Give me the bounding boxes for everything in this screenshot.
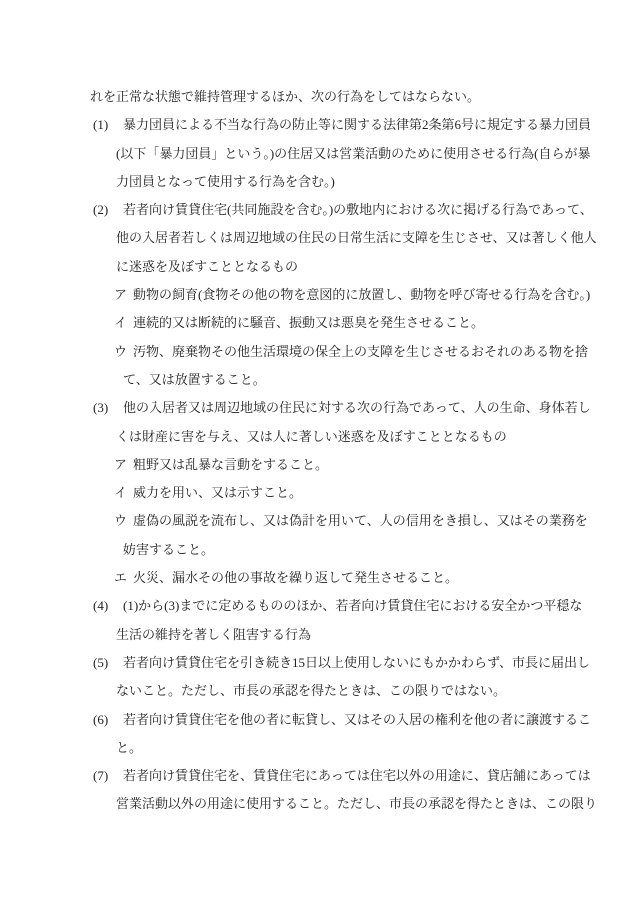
item-marker: イ: [114, 479, 133, 507]
text-line: ウ汚物、廃棄物その他生活環境の保全上の支障を生じさせるおそれのある物を捨: [0, 338, 630, 366]
text-line: ア動物の飼育(食物その他の物を意図的に放置し、動物を呼び寄せる行為を含む。): [0, 281, 630, 309]
text-line: (5)若者向け賃貸住宅を引き続き15日以上使用しないにもかかわらず、市長に届出し: [0, 649, 630, 677]
text-line: 生活の維持を著しく阻害する行為: [0, 621, 630, 649]
text-line: (以下「暴力団員」という。)の住居又は営業活動のために使用させる行為(自らが暴: [0, 140, 630, 168]
text-line: 妨害すること。: [0, 536, 630, 564]
line-text: 若者向け賃貸住宅を他の者に転貸し、又はその入居の権利を他の者に譲渡するこ: [123, 712, 591, 727]
text-line: と。: [0, 734, 630, 762]
item-marker: (1): [93, 111, 123, 139]
text-line: (4)(1)から(3)までに定めるもののほか、若者向け賃貸住宅における安全かつ平…: [0, 592, 630, 620]
text-line: エ火災、漏水その他の事故を繰り返して発生させること。: [0, 564, 630, 592]
line-text: て、又は放置すること。: [123, 372, 266, 387]
text-line: (7)若者向け賃貸住宅を、賃貸住宅にあっては住宅以外の用途に、貸店舗にあっては: [0, 762, 630, 790]
text-line: (6)若者向け賃貸住宅を他の者に転貸し、又はその入居の権利を他の者に譲渡するこ: [0, 706, 630, 734]
line-text: に迷惑を及ぼすこととなるもの: [116, 259, 298, 274]
document-body: れを正常な状態で維持管理するほか、次の行為をしてはならない。 (1)暴力団員によ…: [0, 83, 630, 819]
line-text: 若者向け賃貸住宅を引き続き15日以上使用しないにもかかわらず、市長に届出し: [123, 655, 590, 670]
item-marker: ア: [114, 451, 133, 479]
line-text: 暴力団員による不当な行為の防止等に関する法律第2条第6号に規定する暴力団員: [123, 117, 591, 132]
item-marker: (5): [93, 649, 123, 677]
line-text: (以下「暴力団員」という。)の住居又は営業活動のために使用させる行為(自らが暴: [116, 146, 591, 161]
line-text: 若者向け賃貸住宅を、賃貸住宅にあっては住宅以外の用途に、貸店舗にあっては: [123, 768, 591, 783]
document-page: れを正常な状態で維持管理するほか、次の行為をしてはならない。 (1)暴力団員によ…: [0, 0, 630, 903]
line-text: ないこと。ただし、市長の承認を得たときは、この限りではない。: [116, 683, 506, 698]
line-text: と。: [116, 740, 142, 755]
text-line: (3)他の入居者又は周辺地域の住民に対する次の行為であって、人の生命、身体若し: [0, 394, 630, 422]
line-text: 連続的又は断続的に騒音、振動又は悪臭を発生させること。: [133, 315, 484, 330]
item-marker: (2): [93, 196, 123, 224]
text-line: ないこと。ただし、市長の承認を得たときは、この限りではない。: [0, 677, 630, 705]
text-line: 営業活動以外の用途に使用すること。ただし、市長の承認を得たときは、この限り: [0, 790, 630, 818]
text-line: くは財産に害を与え、又は人に著しい迷惑を及ぼすこととなるもの: [0, 423, 630, 451]
item-marker: (4): [93, 592, 123, 620]
text-line: 力団員となって使用する行為を含む。): [0, 168, 630, 196]
line-text: 他の入居者若しくは周辺地域の住民の日常生活に支障を生じさせ、又は著しく他人: [116, 230, 597, 245]
line-text: 他の入居者又は周辺地域の住民に対する次の行為であって、人の生命、身体若し: [123, 400, 591, 415]
line-text: 生活の維持を著しく阻害する行為: [116, 627, 311, 642]
line-text: (1)から(3)までに定めるもののほか、若者向け賃貸住宅における安全かつ平穏な: [123, 598, 582, 613]
text-line: (1)暴力団員による不当な行為の防止等に関する法律第2条第6号に規定する暴力団員: [0, 111, 630, 139]
line-text: 動物の飼育(食物その他の物を意図的に放置し、動物を呼び寄せる行為を含む。): [133, 287, 590, 302]
text-line: れを正常な状態で維持管理するほか、次の行為をしてはならない。: [0, 83, 630, 111]
item-marker: ウ: [114, 338, 133, 366]
line-text: 妨害すること。: [123, 542, 214, 557]
item-marker: ア: [114, 281, 133, 309]
line-text: 若者向け賃貸住宅(共同施設を含む。)の敷地内における次に掲げる行為であって、: [123, 202, 593, 217]
text-line: イ威力を用い、又は示すこと。: [0, 479, 630, 507]
line-text: 営業活動以外の用途に使用すること。ただし、市長の承認を得たときは、この限り: [116, 796, 597, 811]
item-marker: (7): [93, 762, 123, 790]
line-text: 粗野又は乱暴な言動をすること。: [133, 457, 328, 472]
text-line: に迷惑を及ぼすこととなるもの: [0, 253, 630, 281]
line-text: 力団員となって使用する行為を含む。): [116, 174, 335, 189]
line-text: れを正常な状態で維持管理するほか、次の行為をしてはならない。: [90, 89, 480, 104]
item-marker: (3): [93, 394, 123, 422]
item-marker: イ: [114, 309, 133, 337]
line-text: 汚物、廃棄物その他生活環境の保全上の支障を生じさせるおそれのある物を捨: [133, 344, 588, 359]
item-marker: (6): [93, 706, 123, 734]
text-line: ウ虚偽の風説を流布し、又は偽計を用いて、人の信用をき損し、又はその業務を: [0, 507, 630, 535]
line-text: 威力を用い、又は示すこと。: [133, 485, 302, 500]
line-text: 虚偽の風説を流布し、又は偽計を用いて、人の信用をき損し、又はその業務を: [133, 513, 588, 528]
line-text: 火災、漏水その他の事故を繰り返して発生させること。: [133, 570, 458, 585]
item-marker: ウ: [114, 507, 133, 535]
item-marker: エ: [114, 564, 133, 592]
text-line: て、又は放置すること。: [0, 366, 630, 394]
text-line: イ連続的又は断続的に騒音、振動又は悪臭を発生させること。: [0, 309, 630, 337]
text-line: ア粗野又は乱暴な言動をすること。: [0, 451, 630, 479]
text-line: 他の入居者若しくは周辺地域の住民の日常生活に支障を生じさせ、又は著しく他人: [0, 224, 630, 252]
line-text: くは財産に害を与え、又は人に著しい迷惑を及ぼすこととなるもの: [116, 429, 507, 444]
text-line: (2)若者向け賃貸住宅(共同施設を含む。)の敷地内における次に掲げる行為であって…: [0, 196, 630, 224]
